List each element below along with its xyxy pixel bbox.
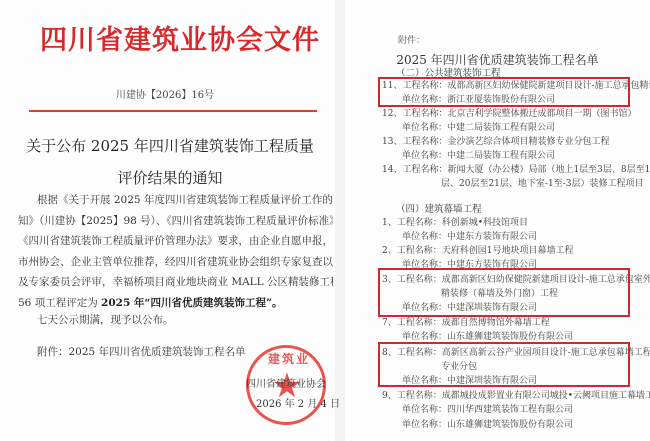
highlight-box: [378, 268, 630, 317]
seal-text: 建筑业: [257, 350, 321, 367]
issuer-name: 四川省建筑业协会: [246, 375, 326, 390]
list-item-trailing: 单位名称：山东雄狮建筑装饰股份有限公司: [382, 418, 573, 432]
notice-title-line1: 关于公布 2025 年四川省建筑装饰工程质量: [20, 130, 320, 163]
unit-name: 单位名称：中建二局装饰工程有限公司: [382, 121, 636, 135]
body-line-final: 56 项工程评定为 2025 年“四川省优质建筑装饰工程”。: [18, 293, 333, 314]
attachment-page: 附件： 2025 年四川省优质建筑装饰工程名单 （二）公共建筑装饰工程 11、工…: [345, 0, 650, 441]
unit-name: 单位名称：中建二局装饰工程有限公司: [382, 149, 609, 163]
notice-body: 根据《关于开展 2025 年度四川省建筑装饰工程质量评价工作的通 知》（川建协【…: [18, 190, 333, 313]
document-number: 川建协【2026】16号: [0, 86, 330, 101]
project-name: 工程名称：成都自然博物馆外幕墙工程: [397, 318, 550, 328]
unit-name: 单位名称：四川华西建筑装饰工程有限公司: [382, 403, 650, 417]
closing-statement: 七天公示期满，现予以公布。: [37, 312, 174, 327]
body-line: 市州协会、企业主管单位推荐，经四川省建筑业协会组织专家复查以: [18, 252, 333, 273]
issue-date: 2026 年 2 月 4 日: [256, 395, 340, 410]
body-final-prefix: 56 项工程评定为: [18, 297, 98, 309]
project-name: 工程名称：新闻大厦（办公楼）局部（地上1层至3层、8层至13: [402, 165, 650, 175]
item-number: 2、: [382, 246, 397, 256]
attachment-label: 附件：: [398, 33, 425, 46]
notice-page: 四川省建筑业协会文件 川建协【2026】16号 关于公布 2025 年四川省建筑…: [0, 0, 335, 441]
project-name-continued: 层、20层至21层、地下室-1至-3层）装修工程项目: [382, 177, 650, 191]
unit-name: 单位名称：山东雄狮建筑装饰股份有限公司: [382, 418, 573, 432]
body-line: 根据《关于开展 2025 年度四川省建筑装饰工程质量评价工作的通: [18, 190, 333, 211]
project-name: 工程名称：金沙演艺综合体项目精装修专业分包工程: [402, 137, 609, 147]
list-item: 13、工程名称：金沙演艺综合体项目精装修专业分包工程 单位名称：中建二局装饰工程…: [382, 135, 609, 163]
red-divider: [29, 110, 317, 112]
project-name: 工程名称：科创新城•科技馆项目: [397, 218, 528, 228]
award-name: 2025 年“四川省优质建筑装饰工程”。: [101, 297, 282, 309]
body-line: 《四川省建筑装饰工程质量评价管理办法》要求，由企业自愿申报，: [18, 231, 333, 252]
attachment-reference: 附件：2025 年四川省优质建筑装饰工程名单: [37, 344, 246, 359]
body-line: 及专家委员会评审，幸福桥项目商业地块商业 MALL 公区精装修工程等: [18, 272, 333, 293]
list-item: 14、工程名称：新闻大厦（办公楼）局部（地上1层至3层、8层至13 层、20层至…: [382, 163, 650, 191]
highlight-box: [378, 342, 630, 387]
unit-name: 单位名称：中建东方装饰有限公司: [382, 230, 537, 244]
project-name: 工程名称：成都城投成影置业有限公司城投•云阙项目施工幕墙工程: [397, 391, 650, 401]
list-item: 12、工程名称：北京吉利学院整体搬迁成都项目一期（图书馆） 单位名称：中建二局装…: [382, 107, 636, 135]
project-name: 工程名称：北京吉利学院整体搬迁成都项目一期（图书馆）: [402, 109, 636, 119]
body-line: 知》（川建协【2025】98 号）、《四川省建筑装饰工程质量评价标准》和: [18, 211, 333, 232]
item-number: 12、: [382, 109, 402, 119]
section-heading-curtain-wall: （四）建筑幕墙工程: [396, 201, 482, 215]
document-masthead: 四川省建筑业协会文件: [40, 18, 310, 57]
list-item: 1、工程名称：科创新城•科技馆项目 单位名称：中建东方装饰有限公司: [382, 216, 537, 244]
list-item: 9、工程名称：成都城投成影置业有限公司城投•云阙项目施工幕墙工程 单位名称：四川…: [382, 389, 650, 417]
item-number: 1、: [382, 218, 397, 228]
item-number: 9、: [382, 391, 397, 401]
list-item: 7、工程名称：成都自然博物馆外幕墙工程 单位名称：山东雄狮建筑装饰股份有限公司: [382, 316, 573, 344]
item-number: 14、: [382, 165, 402, 175]
project-name: 工程名称：天府科创园1号地块项目幕墙工程: [397, 246, 574, 256]
item-number: 13、: [382, 137, 402, 147]
item-number: 7、: [382, 318, 397, 328]
highlight-box: [378, 77, 630, 107]
